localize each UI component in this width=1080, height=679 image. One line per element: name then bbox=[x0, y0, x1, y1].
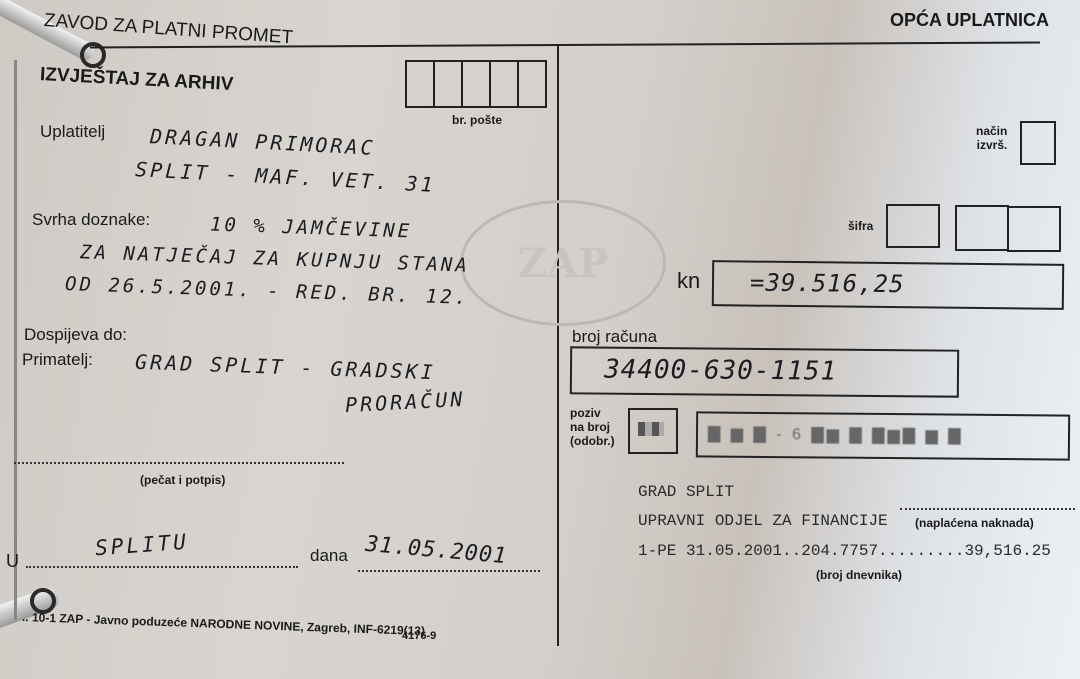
post-number-boxes[interactable] bbox=[405, 60, 547, 108]
recipient-label: Primatelj: bbox=[22, 350, 93, 370]
payer-address[interactable]: SPLIT - MAF. VET. 31 bbox=[135, 157, 437, 197]
amount-value: =39.516,25 bbox=[750, 269, 905, 299]
place-prefix: U bbox=[6, 551, 19, 572]
method-label: način izvrš. bbox=[976, 124, 1007, 152]
bank-stamp-line-3: 1-PE 31.05.2001..204.7757.........39,516… bbox=[638, 542, 1051, 560]
bank-stamp-line-2: UPRAVNI ODJEL ZA FINANCIJE bbox=[638, 512, 888, 530]
reference-number-redacted: ▇ ▆ ▇ - 6 ▇▆ ▇ ▇▆▇ ▆ ▇ bbox=[708, 423, 964, 445]
purpose-label: Svrha doznake: bbox=[32, 210, 150, 230]
left-border bbox=[14, 60, 17, 620]
recipient-line-1[interactable]: GRAD SPLIT - GRADSKI bbox=[135, 350, 436, 384]
purpose-line-3[interactable]: OD 26.5.2001. - RED. BR. 12. bbox=[65, 273, 470, 309]
journal-label: (broj dnevnika) bbox=[816, 568, 902, 582]
signature-line[interactable] bbox=[14, 462, 344, 464]
due-label: Dospijeva do: bbox=[24, 325, 127, 345]
reference-label-line1: poziv bbox=[570, 406, 615, 420]
footer-printer-line: .. 10-1 ZAP - Javno poduzeće NARODNE NOV… bbox=[22, 610, 425, 638]
form-title: OPĆA UPLATNICA bbox=[890, 10, 1049, 31]
payer-label: Uplatitelj bbox=[40, 122, 105, 142]
method-label-line2: izvrš. bbox=[976, 138, 1007, 152]
reference-label: poziv na broj (odobr.) bbox=[570, 406, 615, 448]
date-line[interactable] bbox=[358, 570, 540, 572]
reference-model-redacted bbox=[638, 422, 664, 436]
payer-name[interactable]: DRAGAN PRIMORAC bbox=[150, 124, 377, 160]
amount-box[interactable]: =39.516,25 bbox=[712, 260, 1064, 310]
code-box-2[interactable] bbox=[955, 205, 1009, 251]
code-box-1[interactable] bbox=[886, 204, 940, 248]
account-box[interactable]: 34400-630-1151 bbox=[570, 346, 959, 397]
footer-code: 4176-9 bbox=[402, 630, 436, 642]
account-label: broj računa bbox=[572, 327, 657, 347]
reference-label-line3: (odobr.) bbox=[570, 434, 615, 448]
date-label: dana bbox=[310, 546, 348, 566]
purpose-line-1[interactable]: 10 % JAMČEVINE bbox=[210, 213, 413, 242]
method-box[interactable] bbox=[1020, 121, 1056, 165]
place-line[interactable] bbox=[26, 566, 298, 568]
method-label-line1: način bbox=[976, 124, 1007, 138]
fee-line[interactable] bbox=[900, 508, 1075, 510]
post-number-label: br. pošte bbox=[452, 113, 502, 127]
section-title: IZVJEŠTAJ ZA ARHIV bbox=[39, 64, 233, 96]
purpose-line-2[interactable]: ZA NATJEČAJ ZA KUPNJU STANA bbox=[80, 241, 470, 277]
reference-model-box[interactable] bbox=[628, 408, 678, 454]
reference-number-box[interactable]: ▇ ▆ ▇ - 6 ▇▆ ▇ ▇▆▇ ▆ ▇ bbox=[696, 411, 1070, 460]
recipient-line-2[interactable]: PRORAČUN bbox=[344, 387, 465, 417]
code-box-3[interactable] bbox=[1007, 206, 1061, 252]
account-number: 34400-630-1151 bbox=[604, 355, 837, 387]
reference-label-line2: na broj bbox=[570, 420, 615, 434]
code-label: šifra bbox=[848, 219, 873, 233]
watermark-text: ZAP bbox=[518, 240, 608, 287]
bank-stamp-line-1: GRAD SPLIT bbox=[638, 483, 734, 501]
place-value[interactable]: SPLITU bbox=[94, 530, 189, 560]
column-divider bbox=[557, 46, 559, 646]
stamp-label: (pečat i potpis) bbox=[140, 473, 225, 487]
currency-label: kn bbox=[677, 268, 700, 294]
date-value[interactable]: 31.05.2001 bbox=[364, 532, 508, 569]
zap-watermark: ZAP bbox=[460, 200, 666, 326]
fee-label: (naplaćena naknada) bbox=[915, 516, 1034, 530]
